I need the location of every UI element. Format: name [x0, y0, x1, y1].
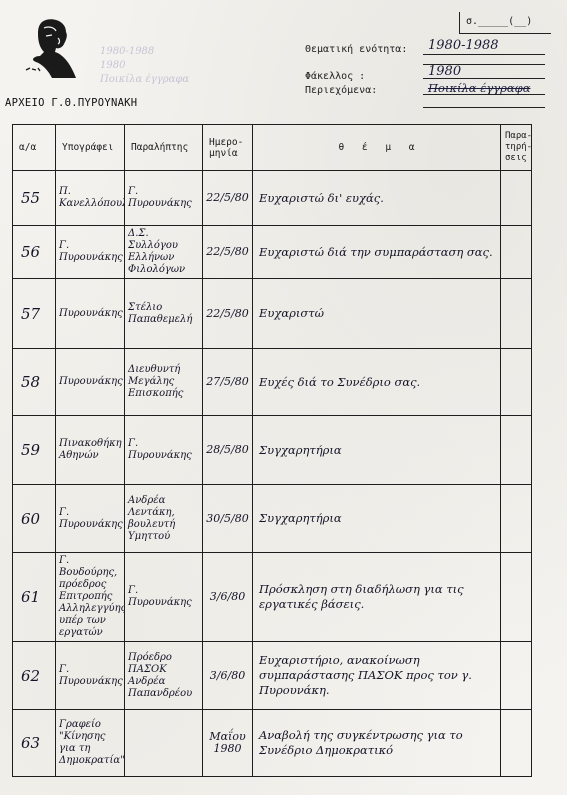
row-notes	[501, 485, 532, 553]
row-subject: Ευχαριστήριο, ανακοίνωση συμπαράστασης Π…	[253, 642, 501, 710]
row-recipient: Πρόεδρο ΠΑΣΟΚ Ανδρέα Παπανδρέου	[125, 642, 203, 710]
folder-underline	[423, 78, 545, 79]
row-date: Μαΐου 1980	[203, 710, 253, 777]
faded-stamp-impression: 1980-1988 1980 Ποικίλα έγγραφα	[100, 45, 189, 87]
portrait-sketch-icon	[22, 18, 86, 80]
stamp-line: 1980-1988	[100, 45, 189, 59]
col-header-signer: Υπογράφει	[56, 125, 125, 171]
row-notes	[501, 416, 532, 485]
correspondence-register-table: α/α Υπογράφει Παραλήπτης Ημερο- μηνία θ …	[12, 124, 532, 777]
archive-title: ΑΡΧΕΙΟ Γ.Θ.ΠΥΡΟΥΝΑΚΗ	[5, 97, 137, 109]
row-notes	[501, 642, 532, 710]
row-recipient: Γ. Πυρουνάκης	[125, 171, 203, 226]
document-page: 1980-1988 1980 Ποικίλα έγγραφα ΑΡΧΕΙΟ Γ.…	[0, 0, 567, 795]
row-date: 22/5/80	[203, 226, 253, 279]
col-header-date: Ημερο- μηνία	[203, 125, 253, 171]
theme-label: Θεματική ενότητα:	[305, 44, 407, 55]
contents-value: Ποικίλα έγγραφα	[428, 81, 530, 95]
col-header-number: α/α	[13, 125, 56, 171]
row-recipient: Δ.Σ. Συλλόγου Ελλήνων Φιλολόγων	[125, 226, 203, 279]
row-recipient: Ανδρέα Λεντάκη, βουλευτή Υμηττού	[125, 485, 203, 553]
table-row: 59Πινακοθήκη ΑθηνώνΓ. Πυρουνάκης28/5/80Σ…	[13, 416, 532, 485]
table-row: 57ΠυρουνάκηςΣτέλιο Παπαθεμελή22/5/80Ευχα…	[13, 279, 532, 349]
row-number: 61	[13, 553, 56, 642]
row-signer: Πινακοθήκη Αθηνών	[56, 416, 125, 485]
table-row: 63Γραφείο "Κίνησης για τη Δημοκρατία"Μαΐ…	[13, 710, 532, 777]
row-number: 57	[13, 279, 56, 349]
col-header-subject: θ έ μ α	[253, 125, 501, 171]
theme-underline	[423, 54, 545, 55]
table-row: 55Π. ΚανελλόπουλοςΓ. Πυρουνάκης22/5/80Ευ…	[13, 171, 532, 226]
row-signer: Γ. Πυρουνάκης	[56, 226, 125, 279]
stamp-line: Ποικίλα έγγραφα	[100, 73, 189, 87]
row-date: 3/6/80	[203, 553, 253, 642]
contents-underline	[423, 94, 545, 95]
folder-value: 1980	[428, 64, 461, 79]
table-row: 56Γ. ΠυρουνάκηςΔ.Σ. Συλλόγου Ελλήνων Φιλ…	[13, 226, 532, 279]
row-date: 30/5/80	[203, 485, 253, 553]
row-subject: Ευχαριστώ διά την συμπαράσταση σας.	[253, 226, 501, 279]
row-notes	[501, 349, 532, 416]
row-date: 22/5/80	[203, 279, 253, 349]
folder-label: Φάκελλος :	[305, 71, 365, 82]
row-signer: Γ. Πυρουνάκης	[56, 642, 125, 710]
row-subject: Πρόσκληση στη διαδήλωση για τις εργατικέ…	[253, 553, 501, 642]
row-subject: Αναβολή της συγκέντρωσης για το Συνέδριο…	[253, 710, 501, 777]
table-row: 60Γ. ΠυρουνάκηςΑνδρέα Λεντάκη, βουλευτή …	[13, 485, 532, 553]
row-number: 62	[13, 642, 56, 710]
col-header-notes: Παρα- τηρή- σεις	[501, 125, 532, 171]
row-notes	[501, 279, 532, 349]
row-recipient	[125, 710, 203, 777]
row-recipient: Γ. Πυρουνάκης	[125, 416, 203, 485]
row-date: 3/6/80	[203, 642, 253, 710]
row-signer: Πυρουνάκης	[56, 349, 125, 416]
table-row: 62Γ. ΠυρουνάκηςΠρόεδρο ΠΑΣΟΚ Ανδρέα Παπα…	[13, 642, 532, 710]
table-row: 58ΠυρουνάκηςΔιευθυντή Μεγάλης Επισκοπής2…	[13, 349, 532, 416]
row-subject: Ευχαριστώ	[253, 279, 501, 349]
row-notes	[501, 226, 532, 279]
row-number: 56	[13, 226, 56, 279]
row-number: 58	[13, 349, 56, 416]
row-notes	[501, 710, 532, 777]
row-date: 27/5/80	[203, 349, 253, 416]
row-date: 28/5/80	[203, 416, 253, 485]
row-subject: Συγχαρητήρια	[253, 416, 501, 485]
reference-box: σ._____(__)	[459, 12, 551, 34]
stamp-line: 1980	[100, 59, 189, 73]
col-header-recipient: Παραλήπτης	[125, 125, 203, 171]
blank-underline	[423, 107, 545, 108]
row-signer: Π. Κανελλόπουλος	[56, 171, 125, 226]
row-signer: Γραφείο "Κίνησης για τη Δημοκρατία"	[56, 710, 125, 777]
contents-label: Περιεχόμενα:	[305, 85, 377, 96]
row-recipient: Γ. Πυρουνάκης	[125, 553, 203, 642]
row-date: 22/5/80	[203, 171, 253, 226]
row-number: 59	[13, 416, 56, 485]
row-signer: Γ. Βουδούρης, πρόεδρος Επιτροπής Αλληλεγ…	[56, 553, 125, 642]
row-signer: Πυρουνάκης	[56, 279, 125, 349]
row-subject: Συγχαρητήρια	[253, 485, 501, 553]
row-number: 55	[13, 171, 56, 226]
table-row: 61Γ. Βουδούρης, πρόεδρος Επιτροπής Αλληλ…	[13, 553, 532, 642]
row-notes	[501, 171, 532, 226]
theme-value: 1980-1988	[428, 38, 499, 53]
row-subject: Ευχαριστώ δι' ευχάς.	[253, 171, 501, 226]
row-subject: Ευχές διά το Συνέδριο σας.	[253, 349, 501, 416]
row-recipient: Στέλιο Παπαθεμελή	[125, 279, 203, 349]
row-notes	[501, 553, 532, 642]
row-recipient: Διευθυντή Μεγάλης Επισκοπής	[125, 349, 203, 416]
row-signer: Γ. Πυρουνάκης	[56, 485, 125, 553]
table-header-row: α/α Υπογράφει Παραλήπτης Ημερο- μηνία θ …	[13, 125, 532, 171]
row-number: 63	[13, 710, 56, 777]
row-number: 60	[13, 485, 56, 553]
